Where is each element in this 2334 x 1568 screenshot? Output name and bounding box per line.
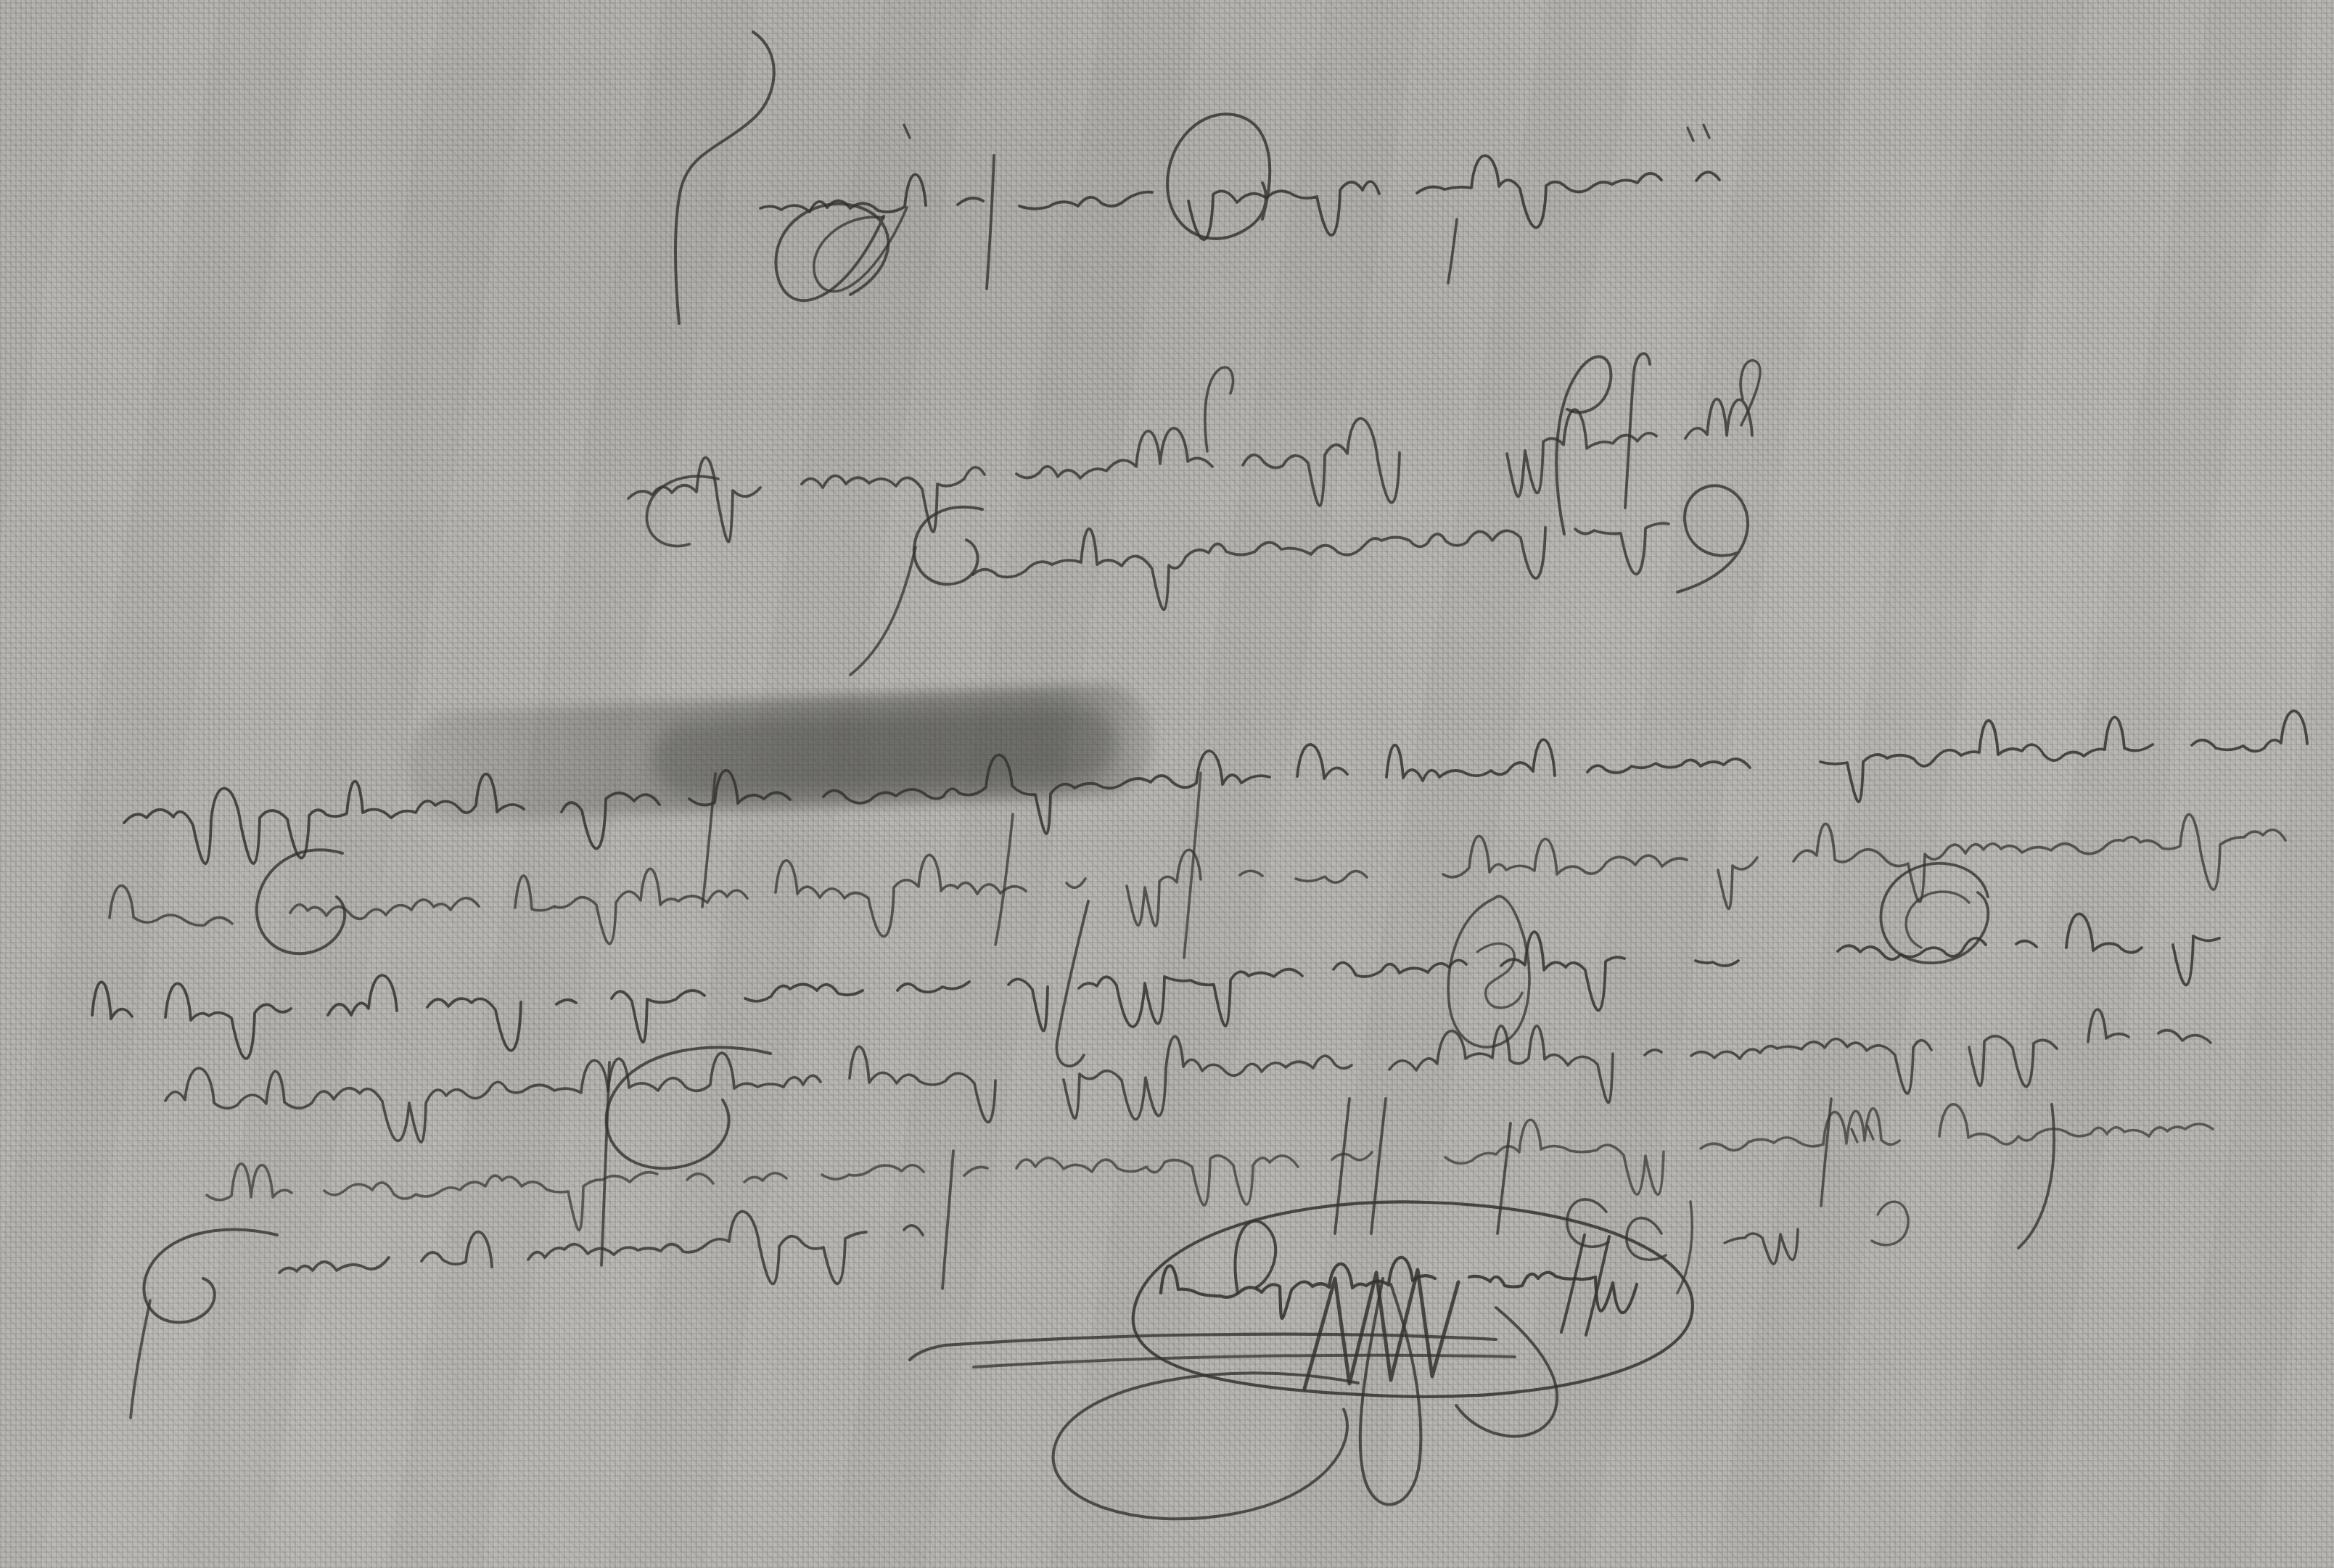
ink-closing-line [279, 1212, 923, 1284]
ink-body-line-2 [76, 814, 2285, 943]
ink-body4-pe-loop [607, 1047, 771, 1168]
ink-body-line-3 [92, 914, 2219, 1059]
manuscript-scan-page [0, 0, 2334, 1568]
ink-salutation-line-1 [628, 399, 1752, 542]
ink-salutation2-left-tail [850, 547, 916, 675]
ink-body1-vertical [702, 773, 715, 907]
ink-center-tall-oval [1448, 896, 1529, 1047]
ink-center-oval-inner [1477, 943, 1522, 1008]
ink-salutation2-left-pe [914, 507, 982, 584]
ink-dateline-final-nun [987, 155, 994, 289]
ink-dateline-descender [1448, 219, 1457, 283]
ink-salutation-tall-stroke [1625, 353, 1650, 508]
ink-near-signature-word [1725, 1229, 1798, 1264]
ink-body-line-5 [207, 1104, 2213, 1230]
ink-dateline-left-swash [675, 32, 774, 324]
ink-signature-loop-right [1456, 1308, 1557, 1436]
ink-near-sig-curl-b [1627, 1218, 1666, 1260]
ink-dateline-mid-oval [1167, 114, 1270, 239]
ink-body-line-4 [165, 1009, 2211, 1142]
ink-body5-nun-descender [1821, 1099, 1831, 1206]
ink-body4-pe-descender [601, 1062, 609, 1265]
ink-salutation-line-2 [973, 523, 1669, 609]
ink-salutation2-right-loop [1677, 485, 1748, 592]
ink-closing-he-flourish [144, 1229, 277, 1322]
signature-group [910, 1123, 1908, 1519]
ink-body3-circled-inner [1906, 892, 1969, 948]
handwriting-ink-layer [0, 0, 2334, 1568]
ink-body5-fe-descender [2018, 1104, 2054, 1248]
ink-near-sig-curl-a [1567, 1199, 1608, 1247]
salutation-group [628, 353, 1760, 675]
ink-signature-loop-left [1053, 1373, 1358, 1519]
ink-signature-k-strokes [1561, 1235, 1609, 1335]
ink-salutation-left-mem [646, 477, 718, 546]
ink-body2-vertical [995, 814, 1013, 945]
ink-body5-long-vertical [942, 1151, 953, 1289]
ink-dateline-ticks-left [904, 125, 910, 138]
ink-body5-double-vertical-1 [1335, 1099, 1349, 1234]
ink-dateline-ticks-right [1688, 125, 1709, 141]
body-group [76, 711, 2307, 1289]
ink-body-line-1 [124, 711, 2307, 864]
ink-near-sig-curl-c [1872, 1202, 1908, 1245]
ink-signature-upstroke [1497, 1123, 1511, 1234]
dateline-group [675, 32, 1719, 324]
ink-signature-loop-middle [1360, 1278, 1421, 1505]
ink-body5-double-vertical-2 [1371, 1099, 1386, 1234]
ink-signature-b-loop [1235, 1221, 1275, 1293]
ink-body2-left-bigloop [257, 850, 345, 953]
ink-dateline-loop-b [814, 208, 907, 292]
closing-group [131, 1212, 923, 1418]
ink-salutation-mid-ascender [1205, 367, 1233, 451]
ink-closing-tail [131, 1300, 150, 1418]
ink-dateline-script [760, 155, 1719, 239]
